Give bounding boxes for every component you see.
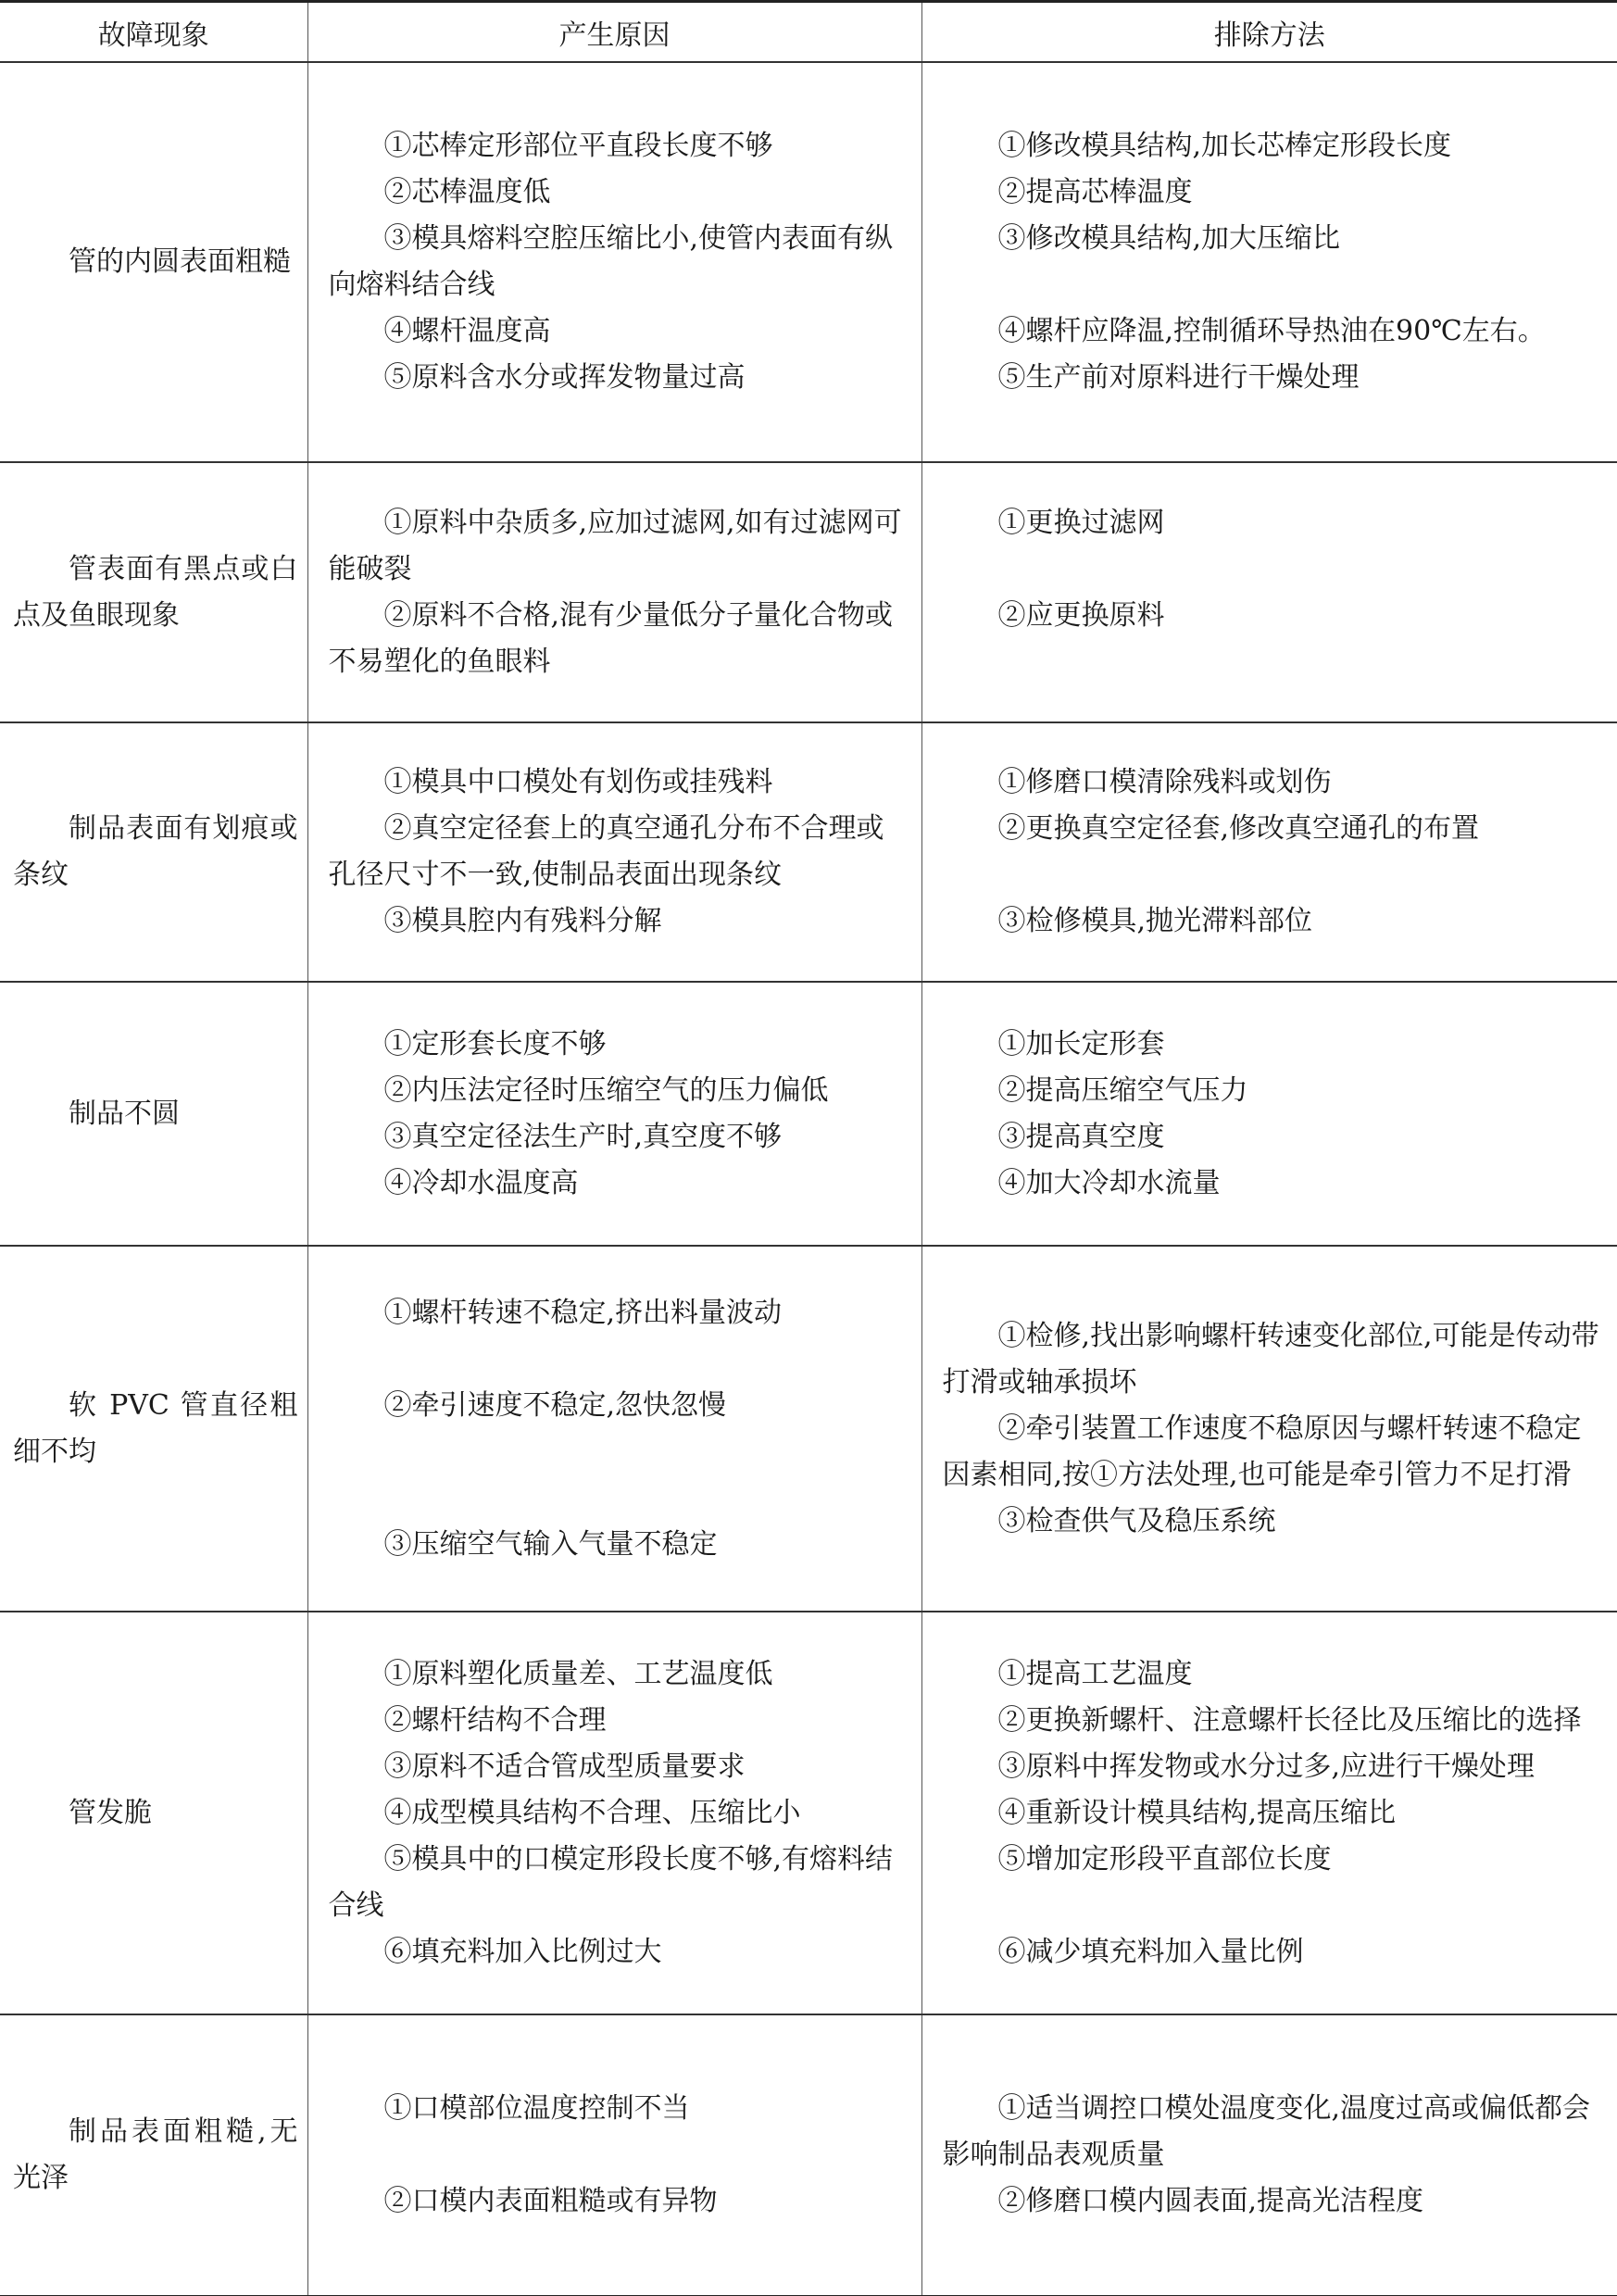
cause-item: ⑤原料含水分或挥发物量过高 (329, 355, 905, 401)
fix-item: ⑤增加定形段平直部位长度 (943, 1837, 1601, 1883)
spacer (329, 1336, 905, 1383)
fix-cell: ①适当调控口模处温度变化,温度过高或偏低都会影响制品表观质量 ②修磨口模内圆表面… (921, 2014, 1617, 2296)
fix-item: ④加大冷却水流量 (943, 1161, 1601, 1207)
fix-item: ⑥减少填充料加入量比例 (943, 1929, 1601, 1976)
header-cause: 产生原因 (307, 2, 921, 63)
phenomenon-cell: 制品表面粗糙,无光泽 (0, 2014, 307, 2296)
phenomenon-text: 管的内圆表面粗糙 (13, 239, 298, 285)
cause-item: ⑥填充料加入比例过大 (329, 1929, 905, 1976)
table-row: 制品不圆 ①定形套长度不够 ②内压法定径时压缩空气的压力偏低 ③真空定径法生产时… (0, 982, 1617, 1246)
phenomenon-cell: 管发脆 (0, 1612, 307, 2014)
cause-item: ③原料不适合管成型质量要求 (329, 1744, 905, 1790)
cause-item: ②芯棒温度低 (329, 169, 905, 216)
cause-item: ①原料塑化质量差、工艺温度低 (329, 1651, 905, 1698)
cause-item: ④成型模具结构不合理、压缩比小 (329, 1790, 905, 1837)
fix-cell: ①加长定形套 ②提高压缩空气压力 ③提高真空度 ④加大冷却水流量 (921, 982, 1617, 1246)
cause-item: ③压缩空气输入气量不稳定 (329, 1522, 905, 1568)
cause-item: ①定形套长度不够 (329, 1022, 905, 1068)
table-row: 管表面有黑点或白点及鱼眼现象 ①原料中杂质多,应加过滤网,如有过滤网可能破裂 ②… (0, 462, 1617, 722)
cause-cell: ①原料中杂质多,应加过滤网,如有过滤网可能破裂 ②原料不合格,混有少量低分子量化… (307, 462, 921, 722)
spacer (943, 639, 1601, 685)
phenomenon-cell: 管的内圆表面粗糙 (0, 62, 307, 462)
fix-item: ①修磨口模清除残料或划伤 (943, 759, 1601, 806)
header-fix: 排除方法 (921, 2, 1617, 63)
fix-item: ④重新设计模具结构,提高压缩比 (943, 1790, 1601, 1837)
fix-item: ②提高芯棒温度 (943, 169, 1601, 216)
phenomenon-cell: 制品不圆 (0, 982, 307, 1246)
spacer (943, 546, 1601, 593)
phenomenon-cell: 管表面有黑点或白点及鱼眼现象 (0, 462, 307, 722)
spacer (943, 852, 1601, 898)
phenomenon-text: 软 PVC 管直径粗细不均 (13, 1383, 298, 1475)
spacer (329, 1475, 905, 1522)
fix-item: ②牵引装置工作速度不稳原因与螺杆转速不稳定因素相同,按①方法处理,也可能是牵引管… (943, 1406, 1601, 1499)
cause-item: ②原料不合格,混有少量低分子量化合物或不易塑化的鱼眼料 (329, 593, 905, 685)
spacer (329, 2132, 905, 2178)
phenomenon-cell: 制品表面有划痕或条纹 (0, 722, 307, 982)
fix-item: ①加长定形套 (943, 1022, 1601, 1068)
phenomenon-text: 制品不圆 (13, 1091, 298, 1137)
cause-item: ②真空定径套上的真空通孔分布不合理或孔径尺寸不一致,使制品表面出现条纹 (329, 806, 905, 898)
fix-item: ①检修,找出影响螺杆转速变化部位,可能是传动带打滑或轴承损坏 (943, 1313, 1601, 1406)
cause-cell: ①模具中口模处有划伤或挂残料 ②真空定径套上的真空通孔分布不合理或孔径尺寸不一致… (307, 722, 921, 982)
fix-item: ②修磨口模内圆表面,提高光洁程度 (943, 2178, 1601, 2225)
phenomenon-text: 管发脆 (13, 1790, 298, 1837)
fix-cell: ①检修,找出影响螺杆转速变化部位,可能是传动带打滑或轴承损坏 ②牵引装置工作速度… (921, 1246, 1617, 1612)
fix-item: ③检修模具,抛光滞料部位 (943, 898, 1601, 945)
document-page: 故障现象 产生原因 排除方法 管的内圆表面粗糙 ①芯棒定形部位平直段长度不够 ②… (0, 0, 1617, 2296)
table-row: 制品表面粗糙,无光泽 ①口模部位温度控制不当 ②口模内表面粗糙或有异物 ①适当调… (0, 2014, 1617, 2296)
spacer (943, 1883, 1601, 1929)
fix-item: ③检查供气及稳压系统 (943, 1499, 1601, 1545)
header-phenomenon: 故障现象 (0, 2, 307, 63)
fix-item: ⑤生产前对原料进行干燥处理 (943, 355, 1601, 401)
fault-troubleshooting-table: 故障现象 产生原因 排除方法 管的内圆表面粗糙 ①芯棒定形部位平直段长度不够 ②… (0, 0, 1617, 2296)
fix-item: ①适当调控口模处温度变化,温度过高或偏低都会影响制品表观质量 (943, 2086, 1601, 2178)
fix-item: ③提高真空度 (943, 1114, 1601, 1161)
cause-item: ③模具腔内有残料分解 (329, 898, 905, 945)
fix-item: ③原料中挥发物或水分过多,应进行干燥处理 (943, 1744, 1601, 1790)
table-row: 管的内圆表面粗糙 ①芯棒定形部位平直段长度不够 ②芯棒温度低 ③模具熔料空腔压缩… (0, 62, 1617, 462)
spacer (329, 1429, 905, 1475)
cause-item: ①芯棒定形部位平直段长度不够 (329, 123, 905, 169)
fix-item: ②更换新螺杆、注意螺杆长径比及压缩比的选择 (943, 1698, 1601, 1744)
cause-item: ②内压法定径时压缩空气的压力偏低 (329, 1068, 905, 1114)
cause-item: ②牵引速度不稳定,忽快忽慢 (329, 1383, 905, 1429)
fix-item: ③修改模具结构,加大压缩比 (943, 216, 1601, 262)
cause-item: ④冷却水温度高 (329, 1161, 905, 1207)
cause-cell: ①螺杆转速不稳定,挤出料量波动 ②牵引速度不稳定,忽快忽慢 ③压缩空气输入气量不… (307, 1246, 921, 1612)
fix-cell: ①更换过滤网 ②应更换原料 (921, 462, 1617, 722)
phenomenon-text: 制品表面粗糙,无光泽 (13, 2109, 298, 2202)
fix-item: ②提高压缩空气压力 (943, 1068, 1601, 1114)
table-row: 制品表面有划痕或条纹 ①模具中口模处有划伤或挂残料 ②真空定径套上的真空通孔分布… (0, 722, 1617, 982)
fix-cell: ①提高工艺温度 ②更换新螺杆、注意螺杆长径比及压缩比的选择 ③原料中挥发物或水分… (921, 1612, 1617, 2014)
cause-cell: ①芯棒定形部位平直段长度不够 ②芯棒温度低 ③模具熔料空腔压缩比小,使管内表面有… (307, 62, 921, 462)
cause-item: ③模具熔料空腔压缩比小,使管内表面有纵向熔料结合线 (329, 216, 905, 308)
cause-item: ③真空定径法生产时,真空度不够 (329, 1114, 905, 1161)
fix-item: ②应更换原料 (943, 593, 1601, 639)
cause-item: ②口模内表面粗糙或有异物 (329, 2178, 905, 2225)
fix-item: ②更换真空定径套,修改真空通孔的布置 (943, 806, 1601, 852)
cause-item: ①口模部位温度控制不当 (329, 2086, 905, 2132)
table-row: 管发脆 ①原料塑化质量差、工艺温度低 ②螺杆结构不合理 ③原料不适合管成型质量要… (0, 1612, 1617, 2014)
fix-cell: ①修磨口模清除残料或划伤 ②更换真空定径套,修改真空通孔的布置 ③检修模具,抛光… (921, 722, 1617, 982)
phenomenon-text: 管表面有黑点或白点及鱼眼现象 (13, 546, 298, 639)
cause-item: ②螺杆结构不合理 (329, 1698, 905, 1744)
fix-item: ①更换过滤网 (943, 500, 1601, 546)
cause-item: ⑤模具中的口模定形段长度不够,有熔料结合线 (329, 1837, 905, 1929)
table-row: 软 PVC 管直径粗细不均 ①螺杆转速不稳定,挤出料量波动 ②牵引速度不稳定,忽… (0, 1246, 1617, 1612)
cause-item: ④螺杆温度高 (329, 308, 905, 355)
phenomenon-text: 制品表面有划痕或条纹 (13, 806, 298, 898)
fix-cell: ①修改模具结构,加长芯棒定形段长度 ②提高芯棒温度 ③修改模具结构,加大压缩比 … (921, 62, 1617, 462)
table-header-row: 故障现象 产生原因 排除方法 (0, 2, 1617, 63)
cause-cell: ①定形套长度不够 ②内压法定径时压缩空气的压力偏低 ③真空定径法生产时,真空度不… (307, 982, 921, 1246)
phenomenon-cell: 软 PVC 管直径粗细不均 (0, 1246, 307, 1612)
cause-item: ①螺杆转速不稳定,挤出料量波动 (329, 1290, 905, 1336)
fix-item: ①修改模具结构,加长芯棒定形段长度 (943, 123, 1601, 169)
fix-item: ④螺杆应降温,控制循环导热油在90℃左右。 (943, 308, 1601, 355)
cause-item: ①模具中口模处有划伤或挂残料 (329, 759, 905, 806)
spacer (943, 262, 1601, 308)
cause-cell: ①原料塑化质量差、工艺温度低 ②螺杆结构不合理 ③原料不适合管成型质量要求 ④成… (307, 1612, 921, 2014)
cause-cell: ①口模部位温度控制不当 ②口模内表面粗糙或有异物 (307, 2014, 921, 2296)
fix-item: ①提高工艺温度 (943, 1651, 1601, 1698)
cause-item: ①原料中杂质多,应加过滤网,如有过滤网可能破裂 (329, 500, 905, 593)
